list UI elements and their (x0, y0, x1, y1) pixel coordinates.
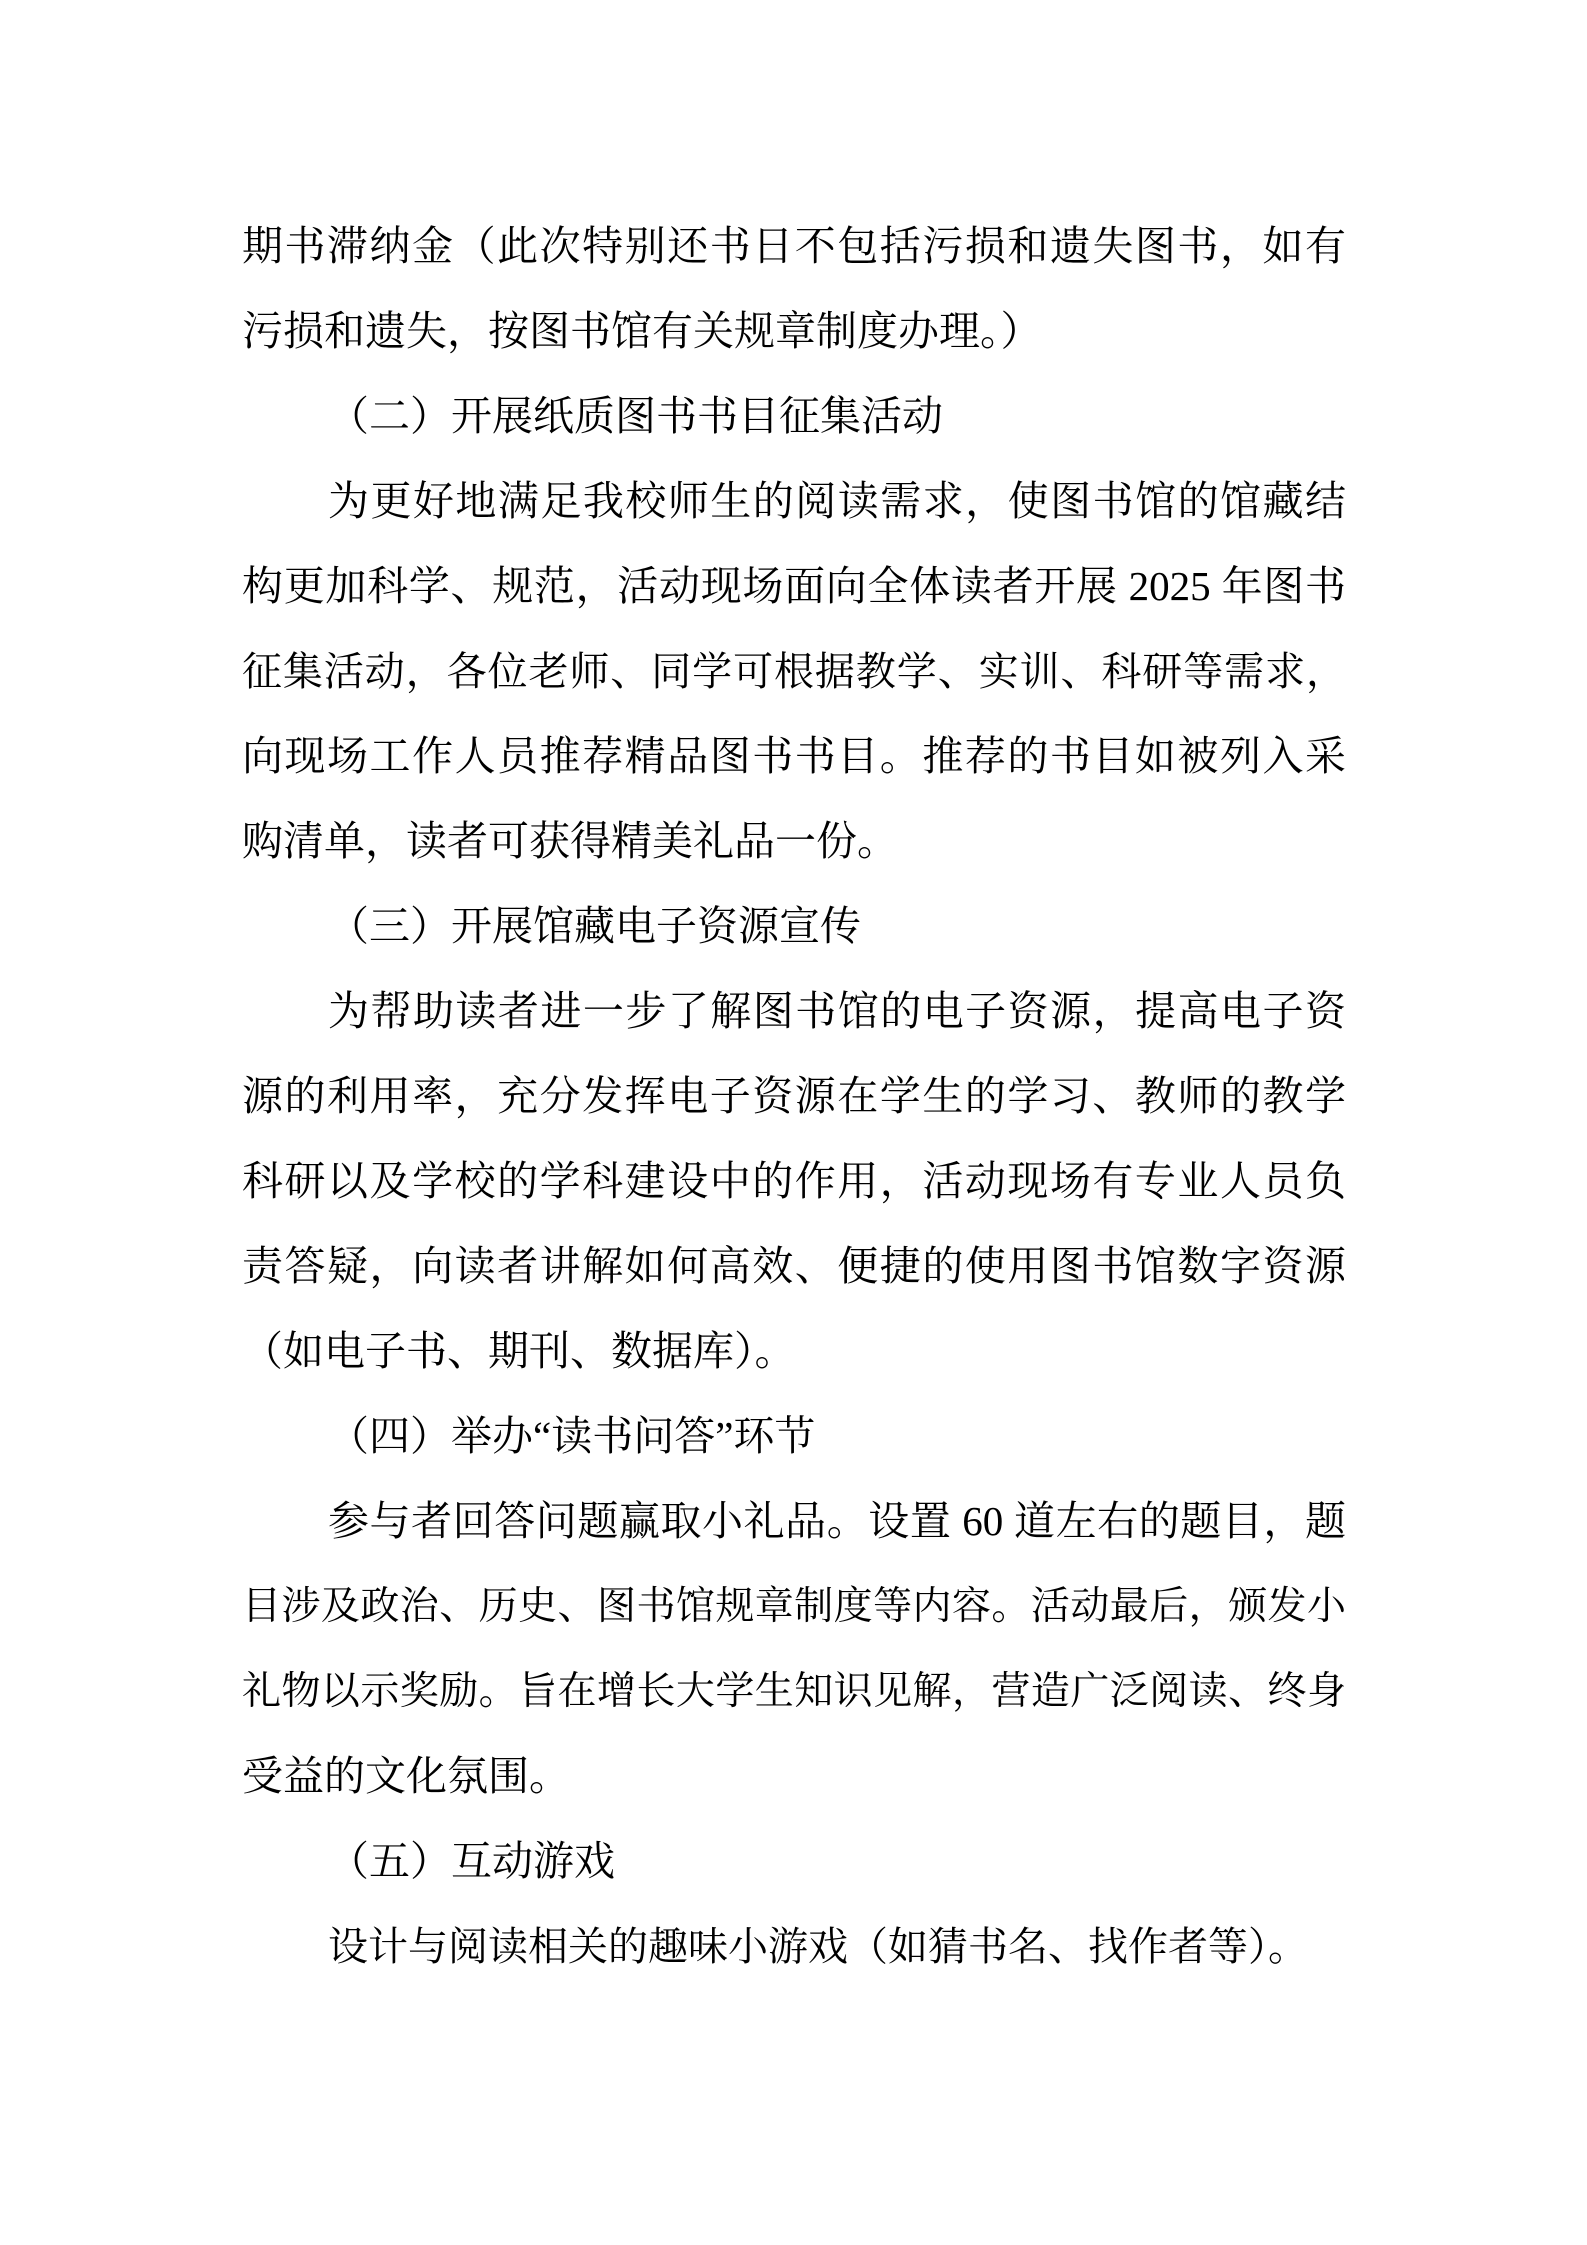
doc-line: 受益的文化氛围。 (242, 1734, 1346, 1819)
doc-line: 礼物以示奖励。旨在增长大学生知识见解，营造广泛阅读、终身 (242, 1649, 1346, 1734)
doc-line: 科研以及学校的学科建设中的作用，活动现场有专业人员负 (242, 1139, 1346, 1224)
section-heading-2: （二）开展纸质图书书目征集活动 (242, 374, 1346, 459)
doc-line: 目涉及政治、历史、图书馆规章制度等内容。活动最后，颁发小 (242, 1564, 1346, 1649)
doc-line: 为更好地满足我校师生的阅读需求，使图书馆的馆藏结 (242, 459, 1346, 544)
doc-line: 购清单，读者可获得精美礼品一份。 (242, 799, 1346, 884)
doc-line: 构更加科学、规范，活动现场面向全体读者开展 2025 年图书 (242, 544, 1346, 629)
document-body: 期书滞纳金（此次特别还书日不包括污损和遗失图书，如有 污损和遗失，按图书馆有关规… (242, 204, 1346, 1989)
doc-line: 污损和遗失，按图书馆有关规章制度办理。） (242, 289, 1346, 374)
section-heading-3: （三）开展馆藏电子资源宣传 (242, 884, 1346, 969)
doc-line: 向现场工作人员推荐精品图书书目。推荐的书目如被列入采 (242, 714, 1346, 799)
section-heading-5: （五）互动游戏 (242, 1819, 1346, 1904)
doc-line: （如电子书、期刊、数据库）。 (242, 1309, 1346, 1394)
doc-line: 征集活动，各位老师、同学可根据教学、实训、科研等需求， (242, 629, 1346, 714)
doc-line: 责答疑，向读者讲解如何高效、便捷的使用图书馆数字资源 (242, 1224, 1346, 1309)
doc-line: 期书滞纳金（此次特别还书日不包括污损和遗失图书，如有 (242, 204, 1346, 289)
doc-line: 源的利用率，充分发挥电子资源在学生的学习、教师的教学 (242, 1054, 1346, 1139)
doc-line: 参与者回答问题赢取小礼品。设置 60 道左右的题目，题 (242, 1479, 1346, 1564)
doc-line: 设计与阅读相关的趣味小游戏（如猜书名、找作者等）。 (242, 1904, 1346, 1989)
document-page: 期书滞纳金（此次特别还书日不包括污损和遗失图书，如有 污损和遗失，按图书馆有关规… (0, 0, 1587, 2245)
doc-line: 为帮助读者进一步了解图书馆的电子资源，提高电子资 (242, 969, 1346, 1054)
section-heading-4: （四）举办“读书问答”环节 (242, 1394, 1346, 1479)
